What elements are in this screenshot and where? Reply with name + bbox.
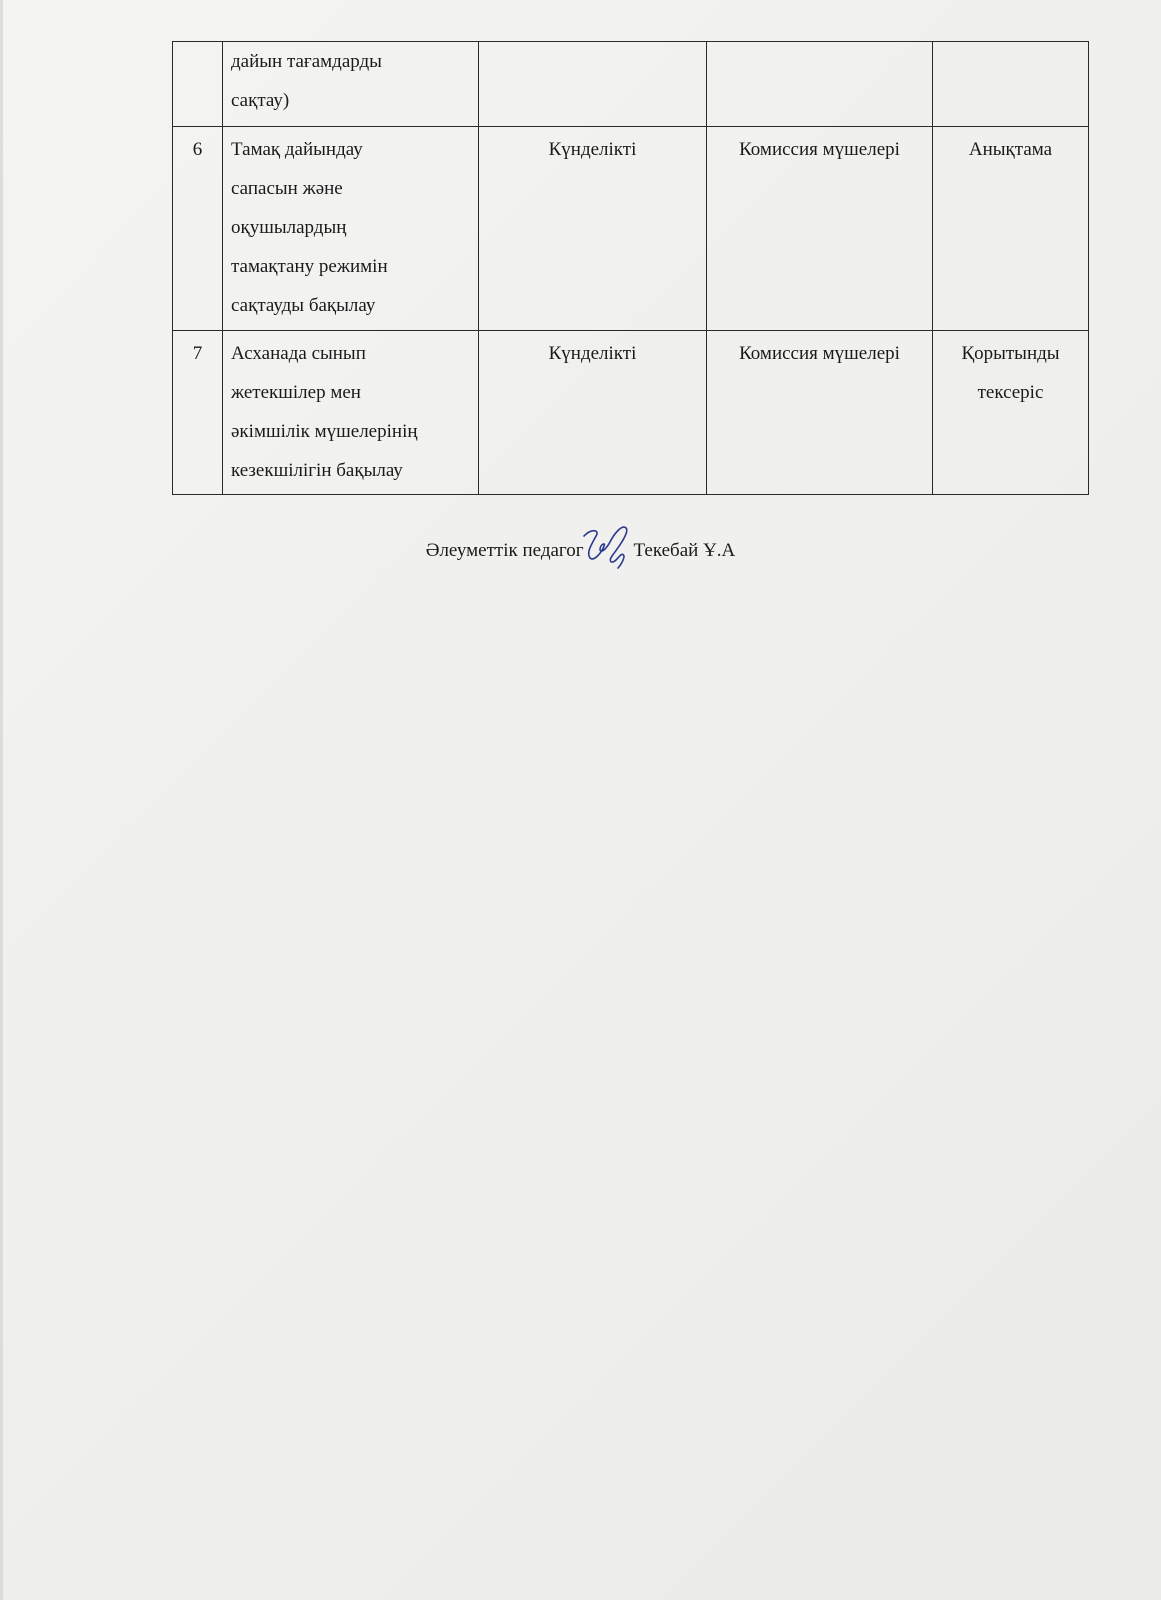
activity-cell: дайын тағамдарды сақтау)	[223, 42, 479, 127]
frequency-cell: Күнделікті	[479, 127, 707, 331]
frequency-cell: Күнделікті	[479, 331, 707, 495]
plan-table: дайын тағамдарды сақтау) 6 Тамақ дайында…	[172, 41, 1089, 495]
table-row: 7 Асханада сынып жетекшілер мен әкімшілі…	[173, 331, 1089, 495]
signer-name: Текебай Ұ.А	[634, 540, 736, 561]
activity-cell: Тамақ дайындау сапасын және оқушылардың …	[223, 127, 479, 331]
result-form-cell	[933, 42, 1089, 127]
table-row: 6 Тамақ дайындау сапасын және оқушыларды…	[173, 127, 1089, 331]
signer-position: Әлеуметтік педагог	[426, 540, 584, 561]
table-row: дайын тағамдарды сақтау)	[173, 42, 1089, 127]
signature-block: Әлеуметтік педагогТекебай Ұ.А	[0, 540, 1161, 562]
handwritten-signature-icon	[578, 522, 640, 562]
responsible-cell: Комиссия мүшелері	[707, 127, 933, 331]
result-form-cell: Қорытынды тексеріс	[933, 331, 1089, 495]
row-number	[173, 42, 223, 127]
row-number: 7	[173, 331, 223, 495]
frequency-cell	[479, 42, 707, 127]
responsible-cell	[707, 42, 933, 127]
row-number: 6	[173, 127, 223, 331]
activity-cell: Асханада сынып жетекшілер мен әкімшілік …	[223, 331, 479, 495]
page-edge	[0, 0, 3, 1600]
result-form-cell: Анықтама	[933, 127, 1089, 331]
responsible-cell: Комиссия мүшелері	[707, 331, 933, 495]
